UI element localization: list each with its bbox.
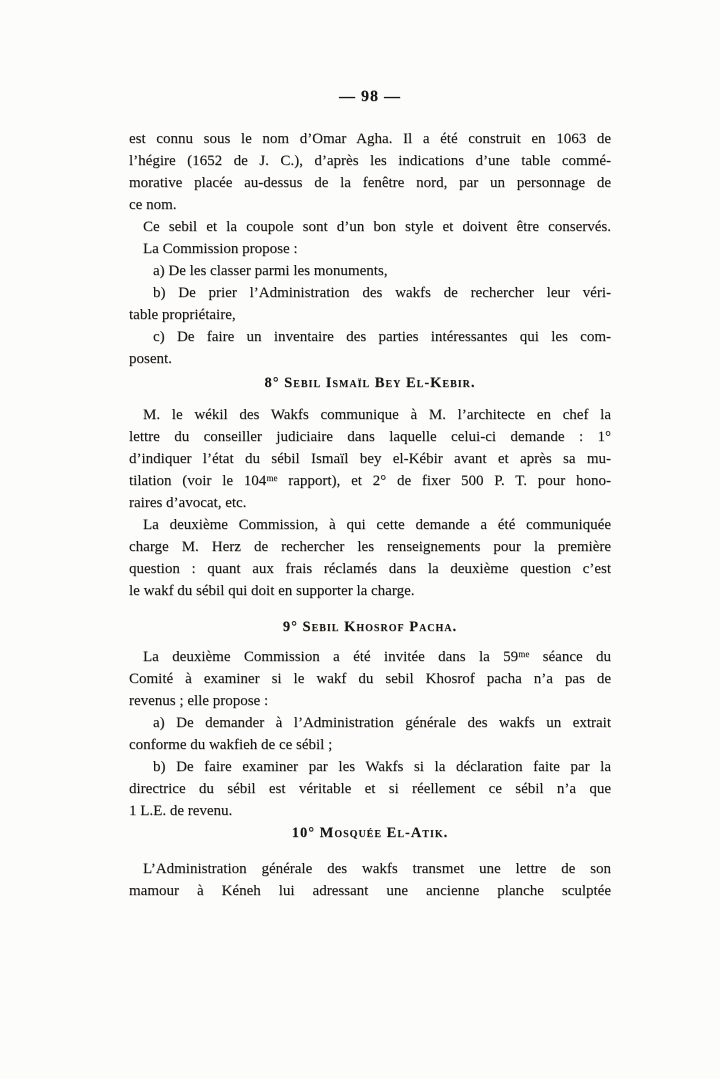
text-line: mamour à Kéneh lui adressant une ancienn… bbox=[129, 880, 611, 902]
list-item: b) De faire examiner par les Wakfs si la… bbox=[129, 756, 611, 822]
list-item: a) De les classer parmi les monuments, bbox=[129, 260, 611, 282]
text-line: le wakf du sébil qui doit en supporter l… bbox=[129, 580, 611, 602]
text-line: revenus ; elle propose : bbox=[129, 690, 611, 712]
text-line: table propriétaire, bbox=[129, 304, 611, 326]
text-line: 1 L.E. de revenu. bbox=[129, 800, 611, 822]
text-line: Comité à examiner si le wakf du sebil Kh… bbox=[129, 668, 611, 690]
text-line: est connu sous le nom d’Omar Agha. Il a … bbox=[129, 128, 611, 150]
paragraph: M. le wékil des Wakfs communique à M. l’… bbox=[129, 404, 611, 514]
paragraph: La deuxième Commission, à qui cette dema… bbox=[129, 514, 611, 602]
text-line: conforme du wakfieh de ce sébil ; bbox=[129, 734, 611, 756]
list-item: b) De prier l’Administration des wakfs d… bbox=[129, 282, 611, 326]
text-line: b) De faire examiner par les Wakfs si la… bbox=[129, 756, 611, 778]
text-line: lettre du conseiller judiciaire dans laq… bbox=[129, 426, 611, 448]
text-line: a) De les classer parmi les monuments, bbox=[129, 260, 611, 282]
text-line: charge M. Herz de rechercher les renseig… bbox=[129, 536, 611, 558]
list-item: c) De faire un inventaire des parties in… bbox=[129, 326, 611, 370]
text-line: posent. bbox=[129, 348, 611, 370]
paragraph: L’Administration générale des wakfs tran… bbox=[129, 858, 611, 902]
text-line: c) De faire un inventaire des parties in… bbox=[129, 326, 611, 348]
text-line: La Commission propose : bbox=[129, 238, 611, 260]
text-line: a) De demander à l’Administration généra… bbox=[129, 712, 611, 734]
paragraph: La deuxième Commission a été invitée dan… bbox=[129, 646, 611, 712]
text-line: question : quant aux frais réclamés dans… bbox=[129, 558, 611, 580]
text-line: b) De prier l’Administration des wakfs d… bbox=[129, 282, 611, 304]
text-line: Ce sebil et la coupole sont d’un bon sty… bbox=[129, 216, 611, 238]
section-heading-8: 8° Sebil Ismaïl Bey El-Kebir. bbox=[129, 372, 611, 394]
text-line: directrice du sébil est véritable et si … bbox=[129, 778, 611, 800]
paragraph: La Commission propose : bbox=[129, 238, 611, 260]
text-line: tilation (voir le 104ᵐᵉ rapport), et 2° … bbox=[129, 470, 611, 492]
text-line: M. le wékil des Wakfs communique à M. l’… bbox=[129, 404, 611, 426]
text-line: raires d’avocat, etc. bbox=[129, 492, 611, 514]
page-number: — 98 — bbox=[129, 86, 611, 108]
text-line: La deuxième Commission, à qui cette dema… bbox=[129, 514, 611, 536]
text-line: La deuxième Commission a été invitée dan… bbox=[129, 646, 611, 668]
text-block: — 98 — est connu sous le nom d’Omar Agha… bbox=[129, 86, 611, 902]
paragraph: est connu sous le nom d’Omar Agha. Il a … bbox=[129, 128, 611, 216]
text-line: l’hégire (1652 de J. C.), d’après les in… bbox=[129, 150, 611, 172]
text-line: L’Administration générale des wakfs tran… bbox=[129, 858, 611, 880]
section-heading-9: 9° Sebil Khosrof Pacha. bbox=[129, 616, 611, 638]
text-line: morative placée au-dessus de la fenêtre … bbox=[129, 172, 611, 194]
scanned-book-page: — 98 — est connu sous le nom d’Omar Agha… bbox=[0, 0, 720, 1079]
text-line: d’indiquer l’état du sébil Ismaïl bey el… bbox=[129, 448, 611, 470]
list-item: a) De demander à l’Administration généra… bbox=[129, 712, 611, 756]
paragraph: Ce sebil et la coupole sont d’un bon sty… bbox=[129, 216, 611, 238]
text-line: ce nom. bbox=[129, 194, 611, 216]
section-heading-10: 10° Mosquée El-Atik. bbox=[129, 822, 611, 844]
